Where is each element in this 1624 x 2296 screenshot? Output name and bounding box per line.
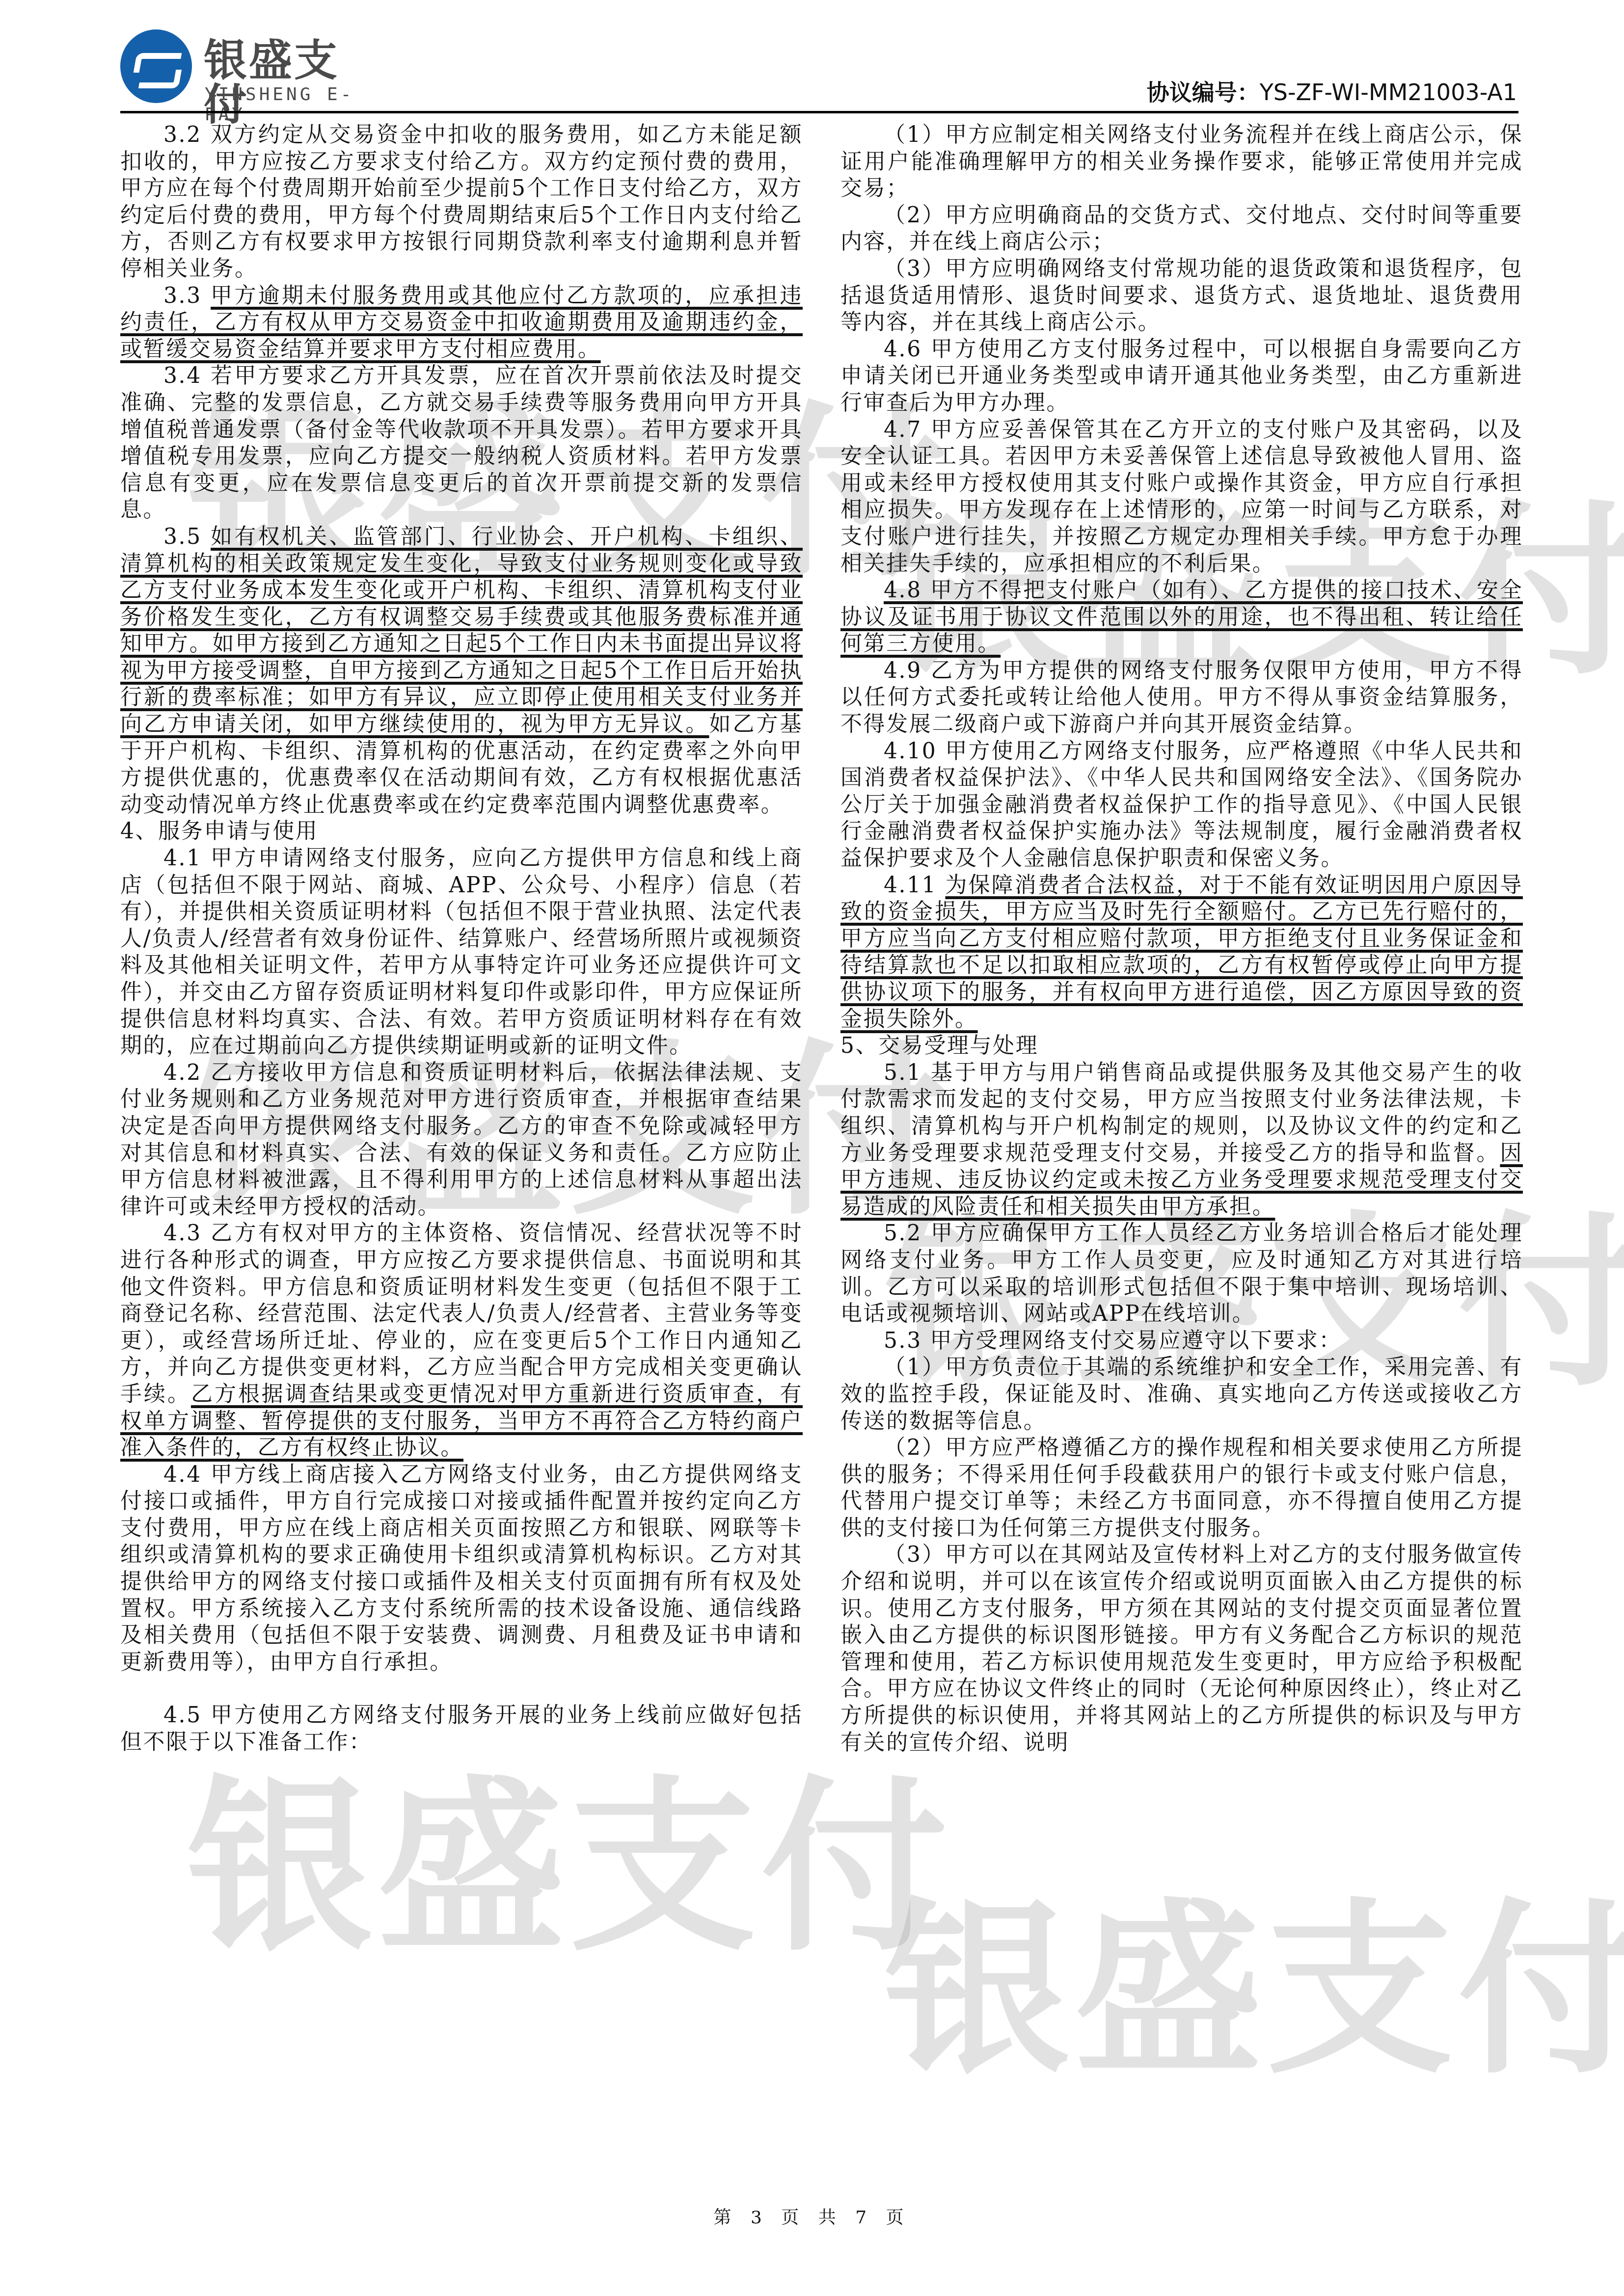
- clause-number: 4.3: [163, 1221, 202, 1246]
- clause-paragraph: 4.7 甲方应妥善保管其在乙方开立的支付账户及其密码，以及安全认证工具。若因甲方…: [840, 417, 1523, 578]
- item-number: （2）: [884, 1435, 945, 1460]
- underlined-clause-text: 为保障消费者合法权益，对于不能有效证明因用户原因导致的资金损失，甲方应当及时先行…: [840, 873, 1523, 1032]
- clause-number: 4.9: [884, 658, 922, 683]
- item-number: （3）: [884, 1542, 945, 1567]
- clause-text: 乙方为甲方提供的网络支付服务仅限甲方使用，甲方不得以任何方式委托或转让给他人使用…: [840, 658, 1523, 737]
- section-heading: 5、交易受理与处理: [840, 1033, 1523, 1060]
- clause-paragraph: （1）甲方负责位于其端的系统维护和安全工作，采用完善、有效的监控手段，保证能及时…: [840, 1354, 1523, 1435]
- watermark: 银盛支付: [884, 1841, 1624, 2109]
- agreement-number-code: YS-ZF-WI-MM21003-A1: [1260, 79, 1517, 106]
- clause-number: 4.11: [884, 873, 937, 898]
- clause-text: 双方约定从交易资金中扣收的服务费用，如乙方未能足额扣收的，甲方应按乙方要求支付给…: [120, 122, 803, 281]
- clause-number: 4.2: [163, 1060, 202, 1085]
- clause-text: 甲方使用乙方网络支付服务，应严格遵照《中华人民共和国消费者权益保护法》、《中华人…: [840, 739, 1523, 871]
- clause-paragraph: 4.9 乙方为甲方提供的网络支付服务仅限甲方使用，甲方不得以任何方式委托或转让给…: [840, 658, 1523, 738]
- item-number: （1）: [884, 122, 945, 147]
- clause-paragraph: 4.10 甲方使用乙方网络支付服务，应严格遵照《中华人民共和国消费者权益保护法》…: [840, 738, 1523, 872]
- spacer: [120, 1676, 803, 1702]
- clause-text: 甲方使用乙方支付服务过程中，可以根据自身需要向乙方申请关闭已开通业务类型或申请开…: [840, 337, 1523, 415]
- clause-paragraph: （3）甲方可以在其网站及宣传材料上对乙方的支付服务做宣传介绍和说明，并可以在该宣…: [840, 1542, 1523, 1756]
- clause-text: 若甲方要求乙方开具发票，应在首次开票前依法及时提交准确、完整的发票信息，乙方就交…: [120, 363, 803, 522]
- agreement-number-label: 协议编号：: [1147, 79, 1260, 106]
- clause-number: 4.7: [884, 417, 922, 442]
- clause-text: 甲方应妥善保管其在乙方开立的支付账户及其密码，以及安全认证工具。若因甲方未妥善保…: [840, 417, 1523, 576]
- clause-number: 5.3: [884, 1328, 922, 1353]
- underlined-clause-text: 4.8 甲方不得把支付账户（如有）、乙方提供的接口技术、安全协议及证书用于协议文…: [840, 578, 1523, 656]
- clause-text: 基于甲方与用户销售商品或提供服务及其他交易产生的收付款需求而发起的支付交易，甲方…: [840, 1060, 1523, 1166]
- clause-text: 甲方可以在其网站及宣传材料上对乙方的支付服务做宣传介绍和说明，并可以在该宣传介绍…: [840, 1542, 1523, 1755]
- underlined-clause-text: 乙方根据调查结果或变更情况对甲方重新进行资质审查，有权单方调整、暂停提供的支付服…: [120, 1382, 803, 1460]
- item-number: （3）: [884, 256, 945, 281]
- clause-paragraph: （2）甲方应明确商品的交货方式、交付地点、交付时间等重要内容，并在线上商店公示；: [840, 202, 1523, 256]
- clause-text: 甲方线上商店接入乙方网络支付业务，由乙方提供网络支付接口或插件，甲方自行完成接口…: [120, 1462, 803, 1675]
- item-number: （2）: [884, 203, 945, 228]
- clause-paragraph: 3.4 若甲方要求乙方开具发票，应在首次开票前依法及时提交准确、完整的发票信息，…: [120, 363, 803, 524]
- clause-paragraph: 4.8 甲方不得把支付账户（如有）、乙方提供的接口技术、安全协议及证书用于协议文…: [840, 577, 1523, 658]
- clause-paragraph: 4.3 乙方有权对甲方的主体资格、资信情况、经营状况等不时进行各种形式的调查，甲…: [120, 1220, 803, 1461]
- clause-paragraph: （3）甲方应明确网络支付常规功能的退货政策和退货程序，包括退货适用情形、退货时间…: [840, 256, 1523, 336]
- watermark: 银盛支付: [187, 1718, 952, 1986]
- underlined-clause-text: 如有权机关、监管部门、行业协会、开户机构、卡组织、清算机构的相关政策规定发生变化…: [120, 524, 803, 737]
- page-number: 第 3 页 共 7 页: [0, 2204, 1624, 2229]
- company-logo: 银盛支付 YINSHENG E-PAY: [120, 29, 376, 103]
- clause-number: 4.6: [884, 337, 922, 362]
- clause-number: 3.5: [163, 524, 202, 549]
- clause-paragraph: 5.3 甲方受理网络支付交易应遵守以下要求：: [840, 1328, 1523, 1355]
- clause-number: 3.2: [163, 122, 202, 147]
- clause-number: 5.1: [884, 1060, 922, 1085]
- clause-number: 4.4: [163, 1462, 202, 1487]
- clause-text: 乙方有权对甲方的主体资格、资信情况、经营状况等不时进行各种形式的调查，甲方应按乙…: [120, 1221, 803, 1407]
- header-divider: [120, 111, 1518, 113]
- logo-s-icon: [120, 29, 192, 103]
- clause-paragraph: 4.5 甲方使用乙方网络支付服务开展的业务上线前应做好包括但不限于以下准备工作：: [120, 1702, 803, 1756]
- clause-number: 4.1: [163, 846, 202, 871]
- clause-text: 乙方接收甲方信息和资质证明材料后，依据法律法规、支付业务规则和乙方业务规范对甲方…: [120, 1060, 803, 1219]
- clause-number: 3.4: [163, 363, 202, 388]
- right-column: （1）甲方应制定相关网络支付业务流程并在线上商店公示，保证用户能准确理解甲方的相…: [840, 122, 1523, 1756]
- clause-paragraph: （1）甲方应制定相关网络支付业务流程并在线上商店公示，保证用户能准确理解甲方的相…: [840, 122, 1523, 202]
- clause-text: 甲方使用乙方网络支付服务开展的业务上线前应做好包括但不限于以下准备工作：: [120, 1703, 803, 1755]
- clause-paragraph: 4.11 为保障消费者合法权益，对于不能有效证明因用户原因导致的资金损失，甲方应…: [840, 872, 1523, 1033]
- clause-text: 甲方受理网络支付交易应遵守以下要求：: [930, 1328, 1342, 1353]
- clause-text: 甲方应确保甲方工作人员经乙方业务培训合格后才能处理网络支付业务。甲方工作人员变更…: [840, 1221, 1523, 1326]
- clause-paragraph: 4.6 甲方使用乙方支付服务过程中，可以根据自身需要向乙方申请关闭已开通业务类型…: [840, 336, 1523, 417]
- clause-paragraph: 5.2 甲方应确保甲方工作人员经乙方业务培训合格后才能处理网络支付业务。甲方工作…: [840, 1220, 1523, 1327]
- item-number: （1）: [884, 1355, 945, 1380]
- clause-paragraph: 4.1 甲方申请网络支付服务，应向乙方提供甲方信息和线上商店（包括但不限于网站、…: [120, 845, 803, 1060]
- clause-paragraph: 4.2 乙方接收甲方信息和资质证明材料后，依据法律法规、支付业务规则和乙方业务规…: [120, 1060, 803, 1221]
- clause-paragraph: 5.1 基于甲方与用户销售商品或提供服务及其他交易产生的收付款需求而发起的支付交…: [840, 1060, 1523, 1221]
- clause-number: 4.10: [884, 739, 937, 764]
- logo-english-name: YINSHENG E-PAY: [205, 84, 376, 125]
- clause-number: 5.2: [884, 1221, 922, 1246]
- left-column: 3.2 双方约定从交易资金中扣收的服务费用，如乙方未能足额扣收的，甲方应按乙方要…: [120, 122, 803, 1756]
- agreement-number: 协议编号：YS-ZF-WI-MM21003-A1: [1147, 75, 1517, 107]
- clause-paragraph: 4.4 甲方线上商店接入乙方网络支付业务，由乙方提供网络支付接口或插件，甲方自行…: [120, 1462, 803, 1676]
- clause-number: 3.3: [163, 283, 202, 308]
- clause-paragraph: 3.5 如有权机关、监管部门、行业协会、开户机构、卡组织、清算机构的相关政策规定…: [120, 524, 803, 819]
- clause-number: 4.5: [163, 1703, 202, 1728]
- section-heading: 4、服务申请与使用: [120, 818, 803, 845]
- clause-paragraph: （2）甲方应严格遵循乙方的操作规程和相关要求使用乙方所提供的服务；不得采用任何手…: [840, 1435, 1523, 1542]
- clause-paragraph: 3.3 甲方逾期未付服务费用或其他应付乙方款项的，应承担违约责任，乙方有权从甲方…: [120, 283, 803, 363]
- clause-text: 甲方申请网络支付服务，应向乙方提供甲方信息和线上商店（包括但不限于网站、商城、A…: [120, 846, 803, 1058]
- clause-paragraph: 3.2 双方约定从交易资金中扣收的服务费用，如乙方未能足额扣收的，甲方应按乙方要…: [120, 122, 803, 283]
- page-header: 银盛支付 YINSHENG E-PAY 协议编号：YS-ZF-WI-MM2100…: [120, 20, 1517, 113]
- underlined-clause-text: 甲方逾期未付服务费用或其他应付乙方款项的，应承担违约责任，乙方有权从甲方交易资金…: [120, 283, 803, 362]
